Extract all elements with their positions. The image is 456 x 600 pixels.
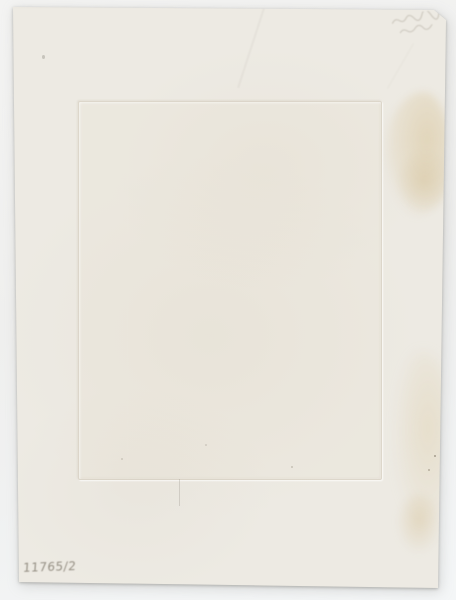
stain-right-edge bbox=[396, 352, 454, 522]
print-sheet: 11765/2 bbox=[0, 0, 456, 600]
crease-top-right bbox=[387, 43, 414, 89]
stain-bottom-right bbox=[398, 494, 440, 552]
crease-top-center bbox=[237, 0, 268, 88]
photo-backdrop: 11765/2 bbox=[0, 0, 456, 600]
paper-fleck bbox=[434, 455, 436, 457]
pencil-inscription-top-right bbox=[389, 10, 447, 45]
paper-fleck bbox=[42, 55, 45, 59]
stain-top-right bbox=[386, 92, 452, 216]
plate-mark-impression bbox=[78, 101, 382, 480]
pencil-inscription-inventory-number: 11765/2 bbox=[23, 559, 77, 575]
paper-fleck bbox=[428, 469, 430, 471]
paper-verso: 11765/2 bbox=[0, 0, 456, 600]
stain-top-right-core bbox=[398, 150, 450, 212]
crease-below-plate bbox=[179, 479, 180, 506]
